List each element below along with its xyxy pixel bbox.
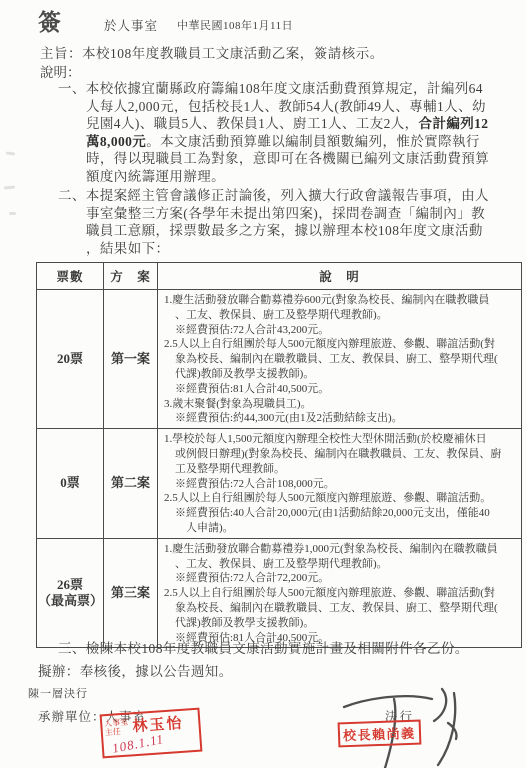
explanation-label: 說明：	[40, 61, 81, 81]
plan-1-description: 1.慶生活動發放聯合勸募禮券600元(對象為校長、編制內在職教職員 、工友、教保…	[158, 290, 522, 429]
votes-plan-1: 20票	[37, 290, 104, 429]
plan-3-label: 第三案	[104, 538, 158, 648]
table-row: 0票 第二案 1.學校於每人1,500元額度內辦理全校性大型休閒活動(於校慶補休…	[37, 429, 522, 539]
unit-chief-stamp: 人事室主任 林玉怡 108.1.11	[100, 708, 203, 759]
scan-artifact	[6, 151, 15, 155]
explanation-item-2: 二、本提案經主管會議修正討論後，列入擴大行政會議報告事項，由人 事室彙整三方案(…	[58, 187, 526, 257]
item-1-text-post: 。本文康活動預算雖以編制員額數編列，惟於實際執行 時，得以現職員工為對象，意即可…	[86, 134, 489, 184]
plan-3-description: 1.慶生活動發放聯合勸募禮券1,000元(對象為校長、編制內在職教職員 、工友、…	[158, 538, 522, 648]
plan-2-label: 第二案	[104, 429, 158, 539]
document-date: 中華民國108年1月11日	[177, 17, 293, 33]
explanation-item-3: 三、檢陳本校108年度教職員文康活動實施計畫及相關附件各乙份。	[58, 637, 469, 657]
vote-result-table: 票數 方 案 說 明 20票 第一案 1.慶生活動發放聯合勸募禮券600元(對象…	[36, 262, 522, 648]
table-row: 26票 （最高票） 第三案 1.慶生活動發放聯合勸募禮券1,000元(對象為校長…	[37, 538, 522, 648]
explanation-item-1: 一、本校依據宜蘭縣政府籌編108年度文康活動費預算規定，計編列64 人每人2,0…	[58, 80, 526, 186]
votes-plan-2: 0票	[37, 429, 104, 539]
sign-character: 簽	[38, 4, 63, 37]
office-line: 於人事室	[104, 16, 158, 34]
stamp-title-text: 人事室主任	[104, 717, 133, 737]
plan-2-description: 1.學校於每人1,500元額度內辦理全校性大型休閒活動(於校慶補休日 或例假日辦…	[158, 429, 522, 539]
table-row: 20票 第一案 1.慶生活動發放聯合勸募禮券600元(對象為校長、編制內在職教職…	[37, 290, 522, 429]
header-votes: 票數	[37, 263, 104, 290]
header-description: 說 明	[158, 263, 522, 290]
table-header-row: 票數 方 案 說 明	[37, 263, 522, 290]
header-plan: 方 案	[104, 263, 158, 290]
scan-artifact	[9, 212, 16, 215]
proposal-line: 擬辦：奉核後，據以公告週知。	[38, 660, 233, 680]
subject-line: 主旨：本校108年度教職員工文康活動乙案，簽請核示。	[40, 42, 384, 62]
plan-1-label: 第一案	[104, 290, 158, 429]
approval-level-note: 陳一層決行	[28, 685, 88, 701]
votes-plan-3: 26票 （最高票）	[37, 538, 104, 648]
document-page: 簽 於人事室 中華民國108年1月11日 主旨：本校108年度教職員工文康活動乙…	[0, 0, 526, 768]
scan-artifact	[4, 185, 15, 189]
principal-stamp: 校長賴尚義	[338, 720, 421, 748]
